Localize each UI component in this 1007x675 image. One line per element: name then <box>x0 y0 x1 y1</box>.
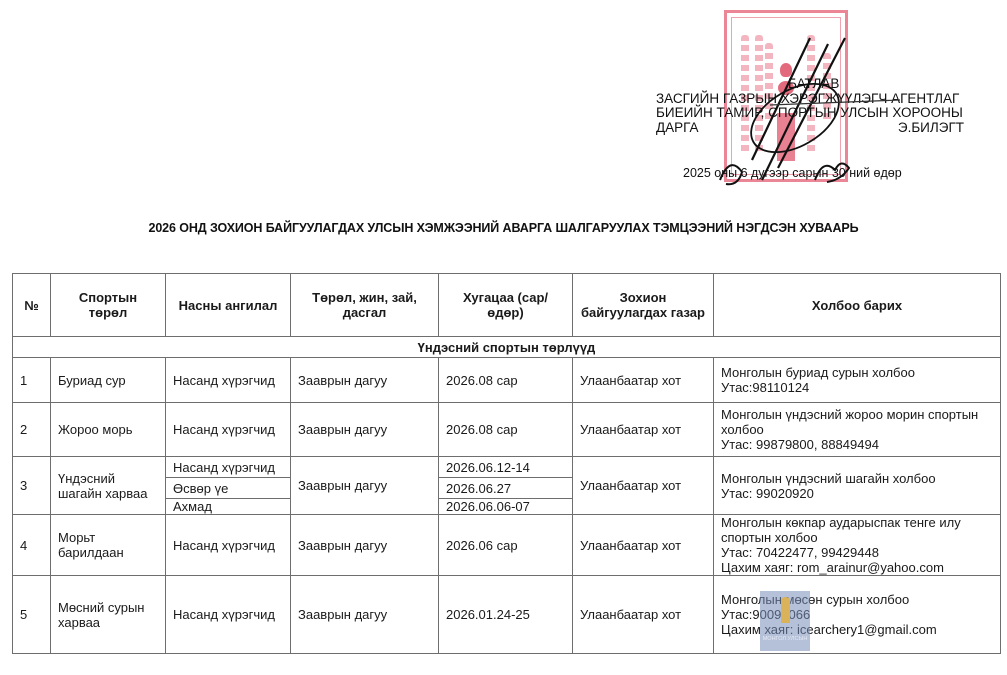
table-row: 3 Үндэсний шагайн харваа Насанд хүрэгчид… <box>13 457 1001 478</box>
contact-org: Монголын буриад сурын холбоо <box>721 365 993 380</box>
agency-line-1: ЗАСГИЙН ГАЗРЫН ХЭРЭГЖҮҮЛЭГЧ АГЕНТЛАГ <box>656 92 996 107</box>
header-period: Хугацаа (сар/өдөр) <box>439 274 573 337</box>
cell-discipline: Зааврын дагуу <box>291 403 439 457</box>
cell-sport: Морьт барилдаан <box>51 515 166 576</box>
contact-org: Монголын үндэсний жороо морин спортын хо… <box>721 407 993 437</box>
cell-num: 1 <box>13 358 51 403</box>
cell-age: Насанд хүрэгчид <box>166 515 291 576</box>
cell-period: 2026.06 сар <box>439 515 573 576</box>
contact-phone: Утас:90090066 <box>721 607 993 622</box>
header-sport-type: Спортын төрөл <box>51 274 166 337</box>
contact-email[interactable]: Цахим хаяг: rom_arainur@yahoo.com <box>721 560 993 575</box>
cell-venue: Улаанбаатар хот <box>573 358 714 403</box>
cell-age: Насанд хүрэгчид <box>166 358 291 403</box>
cell-period: 2026.01.24-25 <box>439 576 573 654</box>
cell-age: Насанд хүрэгчид <box>166 576 291 654</box>
cell-sport: Буриад сур <box>51 358 166 403</box>
cell-contact: Монголын үндэсний жороо морин спортын хо… <box>714 403 1001 457</box>
signatory-position: ДАРГА <box>656 121 699 136</box>
cell-sport: Үндэсний шагайн харваа <box>51 457 166 515</box>
header-contact: Холбоо барих <box>714 274 1001 337</box>
table-row: 4 Морьт барилдаан Насанд хүрэгчид Заавры… <box>13 515 1001 576</box>
cell-venue: Улаанбаатар хот <box>573 576 714 654</box>
cell-contact: Монголын үндэсний шагайн холбоо Утас: 99… <box>714 457 1001 515</box>
cell-venue: Улаанбаатар хот <box>573 403 714 457</box>
cell-sport: Мөсний сурын харваа <box>51 576 166 654</box>
cell-discipline: Зааврын дагуу <box>291 576 439 654</box>
table-header-row: № Спортын төрөл Насны ангилал Төрөл, жин… <box>13 274 1001 337</box>
contact-phone: Утас: 99879800, 88849494 <box>721 437 993 452</box>
competition-schedule-table: № Спортын төрөл Насны ангилал Төрөл, жин… <box>12 273 1001 654</box>
cell-venue: Улаанбаатар хот <box>573 457 714 515</box>
table-row: 1 Буриад сур Насанд хүрэгчид Зааврын даг… <box>13 358 1001 403</box>
cell-venue: Улаанбаатар хот <box>573 515 714 576</box>
approve-word: БАТЛАВ <box>656 77 996 92</box>
cell-num: 2 <box>13 403 51 457</box>
contact-org: Монголын көкпар аударыспак тенге илу спо… <box>721 515 993 545</box>
contact-email[interactable]: Цахим хаяг: icearchery1@gmail.com <box>721 622 993 637</box>
cell-discipline: Зааврын дагуу <box>291 515 439 576</box>
cell-age: Ахмад <box>166 499 291 515</box>
contact-phone: Утас: 70422477, 99429448 <box>721 545 993 560</box>
section-row: Үндэсний спортын төрлүүд <box>13 337 1001 358</box>
cell-sport: Жороо морь <box>51 403 166 457</box>
contact-org: Монголын мөсөн сурын холбоо <box>721 592 993 607</box>
header-num: № <box>13 274 51 337</box>
cell-age: Өсвөр үе <box>166 478 291 499</box>
cell-num: 3 <box>13 457 51 515</box>
cell-period: 2026.06.27 <box>439 478 573 499</box>
header-discipline: Төрөл, жин, зай, дасгал <box>291 274 439 337</box>
cell-contact: Монголын буриад сурын холбоо Утас:981101… <box>714 358 1001 403</box>
cell-age: Насанд хүрэгчид <box>166 403 291 457</box>
document-title: 2026 ОНД ЗОХИОН БАЙГУУЛАГДАХ УЛСЫН ХЭМЖЭ… <box>0 221 1007 235</box>
contact-org: Монголын үндэсний шагайн холбоо <box>721 471 993 486</box>
header-venue: Зохион байгуулагдах газар <box>573 274 714 337</box>
table-row: 2 Жороо морь Насанд хүрэгчид Зааврын даг… <box>13 403 1001 457</box>
cell-period: 2026.06.12-14 <box>439 457 573 478</box>
cell-discipline: Зааврын дагуу <box>291 358 439 403</box>
cell-age: Насанд хүрэгчид <box>166 457 291 478</box>
cell-num: 4 <box>13 515 51 576</box>
signatory-name: Э.БИЛЭГТ <box>898 121 964 136</box>
cell-num: 5 <box>13 576 51 654</box>
table-row: 5 Мөсний сурын харваа Насанд хүрэгчид За… <box>13 576 1001 654</box>
cell-contact: Монголын мөсөн сурын холбоо Утас:9009006… <box>714 576 1001 654</box>
cell-discipline: Зааврын дагуу <box>291 457 439 515</box>
cell-period: 2026.06.06-07 <box>439 499 573 515</box>
contact-phone: Утас: 99020920 <box>721 486 993 501</box>
signatory-line: ДАРГА Э.БИЛЭГТ <box>656 121 964 136</box>
approval-block: БАТЛАВ ЗАСГИЙН ГАЗРЫН ХЭРЭГЖҮҮЛЭГЧ АГЕНТ… <box>656 77 996 135</box>
section-title: Үндэсний спортын төрлүүд <box>13 337 1001 358</box>
cell-contact: Монголын көкпар аударыспак тенге илу спо… <box>714 515 1001 576</box>
cell-period: 2026.08 сар <box>439 403 573 457</box>
contact-phone: Утас:98110124 <box>721 380 993 395</box>
agency-line-2: БИЕИЙН ТАМИР, СПОРТЫН УЛСЫН ХОРООНЫ <box>656 106 996 121</box>
cell-period: 2026.08 сар <box>439 358 573 403</box>
header-age-category: Насны ангилал <box>166 274 291 337</box>
approval-date: 2025 оны 6 дугээр сарын 30 ний өдөр <box>683 166 902 180</box>
